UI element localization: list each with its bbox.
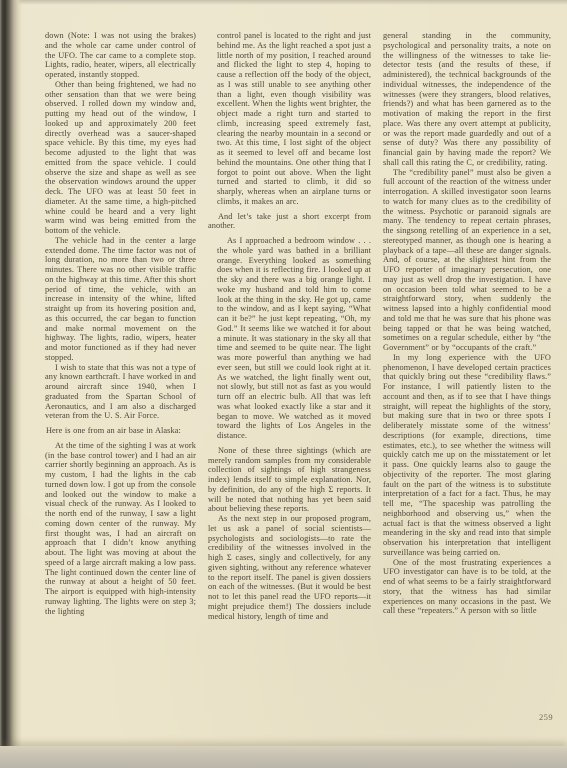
column-2: control panel is located to the right an… [208, 31, 371, 621]
page-bottom-edge [0, 746, 567, 768]
paragraph: I wish to state that this was not a type… [45, 363, 196, 422]
paragraph: The vehicle had in the center a large ex… [45, 236, 196, 363]
paragraph: Other than being frightened, we had no o… [45, 80, 196, 236]
paragraph: Here is one from an air base in Alaska: [36, 426, 196, 436]
column-1: down (Note: I was not using the brakes) … [36, 31, 196, 621]
book-gutter-shadow [0, 0, 22, 768]
text-columns: down (Note: I was not using the brakes) … [36, 31, 551, 621]
page-top-edge [0, 0, 567, 5]
column-3: general standing in the community, psych… [383, 31, 551, 621]
paragraph: general standing in the community, psych… [383, 31, 551, 168]
paragraph: At the time of the sighting I was at wor… [45, 441, 196, 617]
paragraph: None of these three sightings (which are… [208, 446, 371, 514]
paragraph: And let’s take just a short excerpt from… [208, 212, 371, 232]
paragraph: In my long experience with the UFO pheno… [383, 353, 551, 558]
page-number: 259 [539, 712, 553, 722]
paragraph: As I approached a bedroom window . . . t… [217, 236, 371, 441]
paragraph: One of the most frustrating experiences … [383, 558, 551, 617]
paragraph: The “credibility panel” must also be giv… [383, 168, 551, 353]
book-page: down (Note: I was not using the brakes) … [0, 0, 567, 768]
paragraph: down (Note: I was not using the brakes) … [45, 31, 196, 80]
paragraph: control panel is located to the right an… [217, 31, 371, 207]
paragraph: As the next step in our proposed program… [208, 514, 371, 621]
